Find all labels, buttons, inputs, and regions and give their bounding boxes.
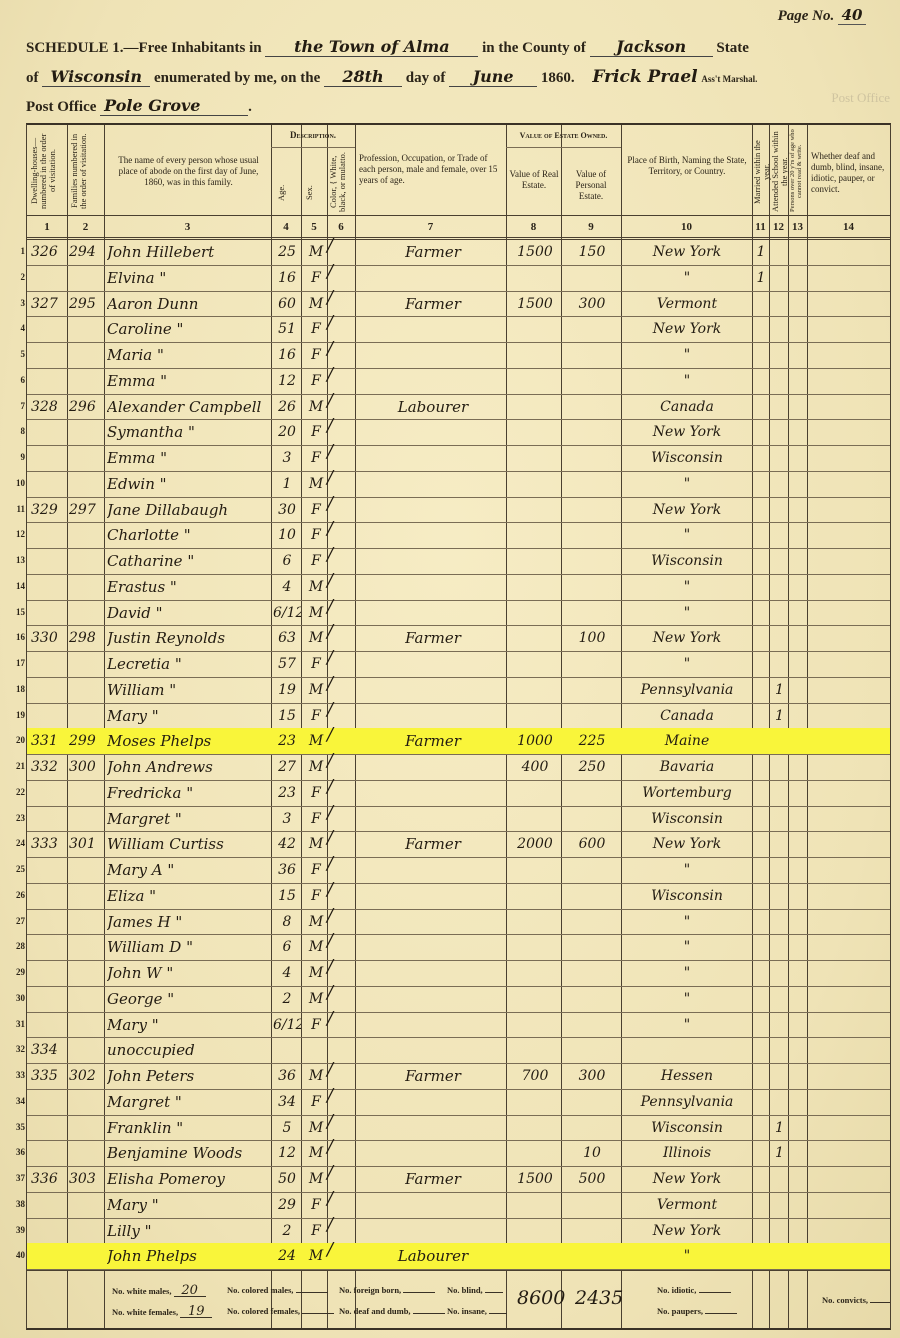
cell-occupation — [359, 602, 507, 624]
cell-occupation — [359, 782, 507, 804]
census-table: Dwelling-houses— numbered in the order o… — [26, 123, 891, 1330]
cell-married — [753, 499, 769, 521]
cell-dwelling: 327 — [31, 293, 65, 315]
cell-age: 16 — [273, 344, 301, 366]
cell-age: 36 — [273, 1065, 301, 1087]
cell-married — [753, 473, 769, 495]
cell-personal — [563, 1245, 621, 1267]
line-number: 23 — [3, 813, 25, 823]
cell-real — [509, 396, 561, 418]
cell-family — [69, 447, 103, 469]
cell-dwelling — [31, 885, 65, 907]
tally-mark-icon: / — [327, 673, 333, 694]
cell-school — [771, 293, 788, 315]
month-field: June — [449, 67, 537, 87]
enumeration-line: of Wisconsin enumerated by me, on the 28… — [26, 67, 757, 87]
cell-age: 63 — [273, 627, 301, 649]
cell-real — [509, 705, 561, 727]
line-number: 24 — [3, 838, 25, 848]
cell-family — [69, 1039, 103, 1061]
cell-name: Emma " — [107, 370, 272, 392]
cell-real — [509, 499, 561, 521]
cell-name: Catharine " — [107, 550, 272, 572]
cell-family — [69, 1091, 103, 1113]
cell-family: 298 — [69, 627, 103, 649]
cell-school — [771, 576, 788, 598]
cell-sex: F — [304, 859, 328, 881]
cell-school — [771, 550, 788, 572]
cell-school — [771, 833, 788, 855]
cell-married — [753, 1117, 769, 1139]
column-number: 6 — [327, 217, 355, 237]
cell-occupation — [359, 1039, 507, 1061]
cell-dwelling — [31, 962, 65, 984]
cell-age: 50 — [273, 1168, 301, 1190]
cell-birthplace: New York — [623, 499, 751, 521]
cell-dwelling — [31, 859, 65, 881]
cell-sex: F — [304, 808, 328, 830]
cell-married — [753, 318, 769, 340]
cell-occupation — [359, 1091, 507, 1113]
cell-personal — [563, 808, 621, 830]
cell-occupation — [359, 885, 507, 907]
cell-age: 6/12 — [273, 602, 301, 624]
footer-colored-females: No. colored females, — [227, 1306, 334, 1316]
cell-name: John Andrews — [107, 756, 272, 778]
cell-name: Mary " — [107, 705, 272, 727]
line-number: 16 — [3, 632, 25, 642]
cell-age: 2 — [273, 988, 301, 1010]
year: 1860. — [541, 70, 575, 86]
line-number: 11 — [3, 504, 25, 514]
cell-real — [509, 885, 561, 907]
schedule-title: SCHEDULE 1.—Free Inhabitants in — [26, 40, 262, 56]
tally-mark-icon: / — [327, 879, 333, 900]
cell-married: 1 — [753, 241, 769, 263]
cell-personal: 100 — [563, 627, 621, 649]
census-row: 36Benjamine Woods12M10Illinois1/ — [27, 1140, 890, 1166]
cell-family: 296 — [69, 396, 103, 418]
cell-school — [771, 859, 788, 881]
cell-real — [509, 1220, 561, 1242]
cell-birthplace: " — [623, 988, 751, 1010]
census-row: 21332300John Andrews27M400250Bavaria/ — [27, 754, 890, 780]
cell-school — [771, 1091, 788, 1113]
cell-real — [509, 1245, 561, 1267]
cell-married — [753, 447, 769, 469]
cell-sex: F — [304, 318, 328, 340]
cell-name: William D " — [107, 936, 272, 958]
cell-school — [771, 1014, 788, 1036]
state-label: State — [716, 40, 749, 56]
cell-name: John W " — [107, 962, 272, 984]
header-personal-estate: Value of Personal Estate. — [563, 169, 619, 202]
schedule-title-line: SCHEDULE 1.—Free Inhabitants in the Town… — [26, 37, 749, 57]
cell-birthplace: " — [623, 524, 751, 546]
census-row: 13Catharine "6FWisconsin/ — [27, 548, 890, 574]
cell-real — [509, 679, 561, 701]
cell-married: 1 — [753, 267, 769, 289]
cell-dwelling: 330 — [31, 627, 65, 649]
cell-sex: M — [304, 396, 328, 418]
cell-personal — [563, 473, 621, 495]
cell-real — [509, 782, 561, 804]
cell-name: Moses Phelps — [107, 730, 272, 752]
cell-real — [509, 859, 561, 881]
column-number: 2 — [67, 217, 104, 237]
cell-age: 26 — [273, 396, 301, 418]
cell-occupation — [359, 859, 507, 881]
column-number: 5 — [301, 217, 327, 237]
cell-school — [771, 1065, 788, 1087]
cell-dwelling — [31, 602, 65, 624]
cell-real — [509, 1039, 561, 1061]
cell-married — [753, 653, 769, 675]
cell-school — [771, 421, 788, 443]
cell-occupation — [359, 653, 507, 675]
cell-age: 34 — [273, 1091, 301, 1113]
cell-name: John Hillebert — [107, 241, 272, 263]
cell-dwelling: 332 — [31, 756, 65, 778]
cell-name: unoccupied — [107, 1039, 272, 1061]
cell-name: John Peters — [107, 1065, 272, 1087]
line-number: 31 — [3, 1019, 25, 1029]
cell-school — [771, 1245, 788, 1267]
cell-personal: 10 — [563, 1142, 621, 1164]
cell-occupation — [359, 936, 507, 958]
cell-name: Charlotte " — [107, 524, 272, 546]
line-number: 5 — [3, 349, 25, 359]
line-number: 33 — [3, 1070, 25, 1080]
cell-family — [69, 267, 103, 289]
cell-birthplace: Pennsylvania — [623, 679, 751, 701]
line-number: 15 — [3, 607, 25, 617]
cell-school — [771, 396, 788, 418]
cell-age: 57 — [273, 653, 301, 675]
cell-sex: M — [304, 473, 328, 495]
state-field: Wisconsin — [42, 67, 150, 87]
cell-name: Fredricka " — [107, 782, 272, 804]
cell-married — [753, 1142, 769, 1164]
cell-birthplace: New York — [623, 241, 751, 263]
cell-family — [69, 782, 103, 804]
cell-sex: F — [304, 524, 328, 546]
cell-age: 12 — [273, 370, 301, 392]
cell-family — [69, 962, 103, 984]
tally-mark-icon: / — [327, 776, 333, 797]
cell-sex: F — [304, 499, 328, 521]
cell-occupation: Farmer — [359, 293, 507, 315]
cell-personal — [563, 499, 621, 521]
tally-mark-icon: / — [327, 982, 333, 1003]
cell-age: 16 — [273, 267, 301, 289]
cell-personal: 300 — [563, 1065, 621, 1087]
cell-family — [69, 576, 103, 598]
cell-occupation: Farmer — [359, 241, 507, 263]
cell-personal — [563, 1220, 621, 1242]
cell-birthplace: Hessen — [623, 1065, 751, 1087]
cell-dwelling: 336 — [31, 1168, 65, 1190]
cell-occupation — [359, 988, 507, 1010]
cell-personal — [563, 936, 621, 958]
cell-school: 1 — [771, 679, 788, 701]
tally-mark-icon: / — [327, 518, 333, 539]
cell-age: 4 — [273, 962, 301, 984]
cell-birthplace: " — [623, 936, 751, 958]
cell-personal — [563, 859, 621, 881]
cell-age: 51 — [273, 318, 301, 340]
cell-birthplace: " — [623, 1014, 751, 1036]
census-row: 32334unoccupied — [27, 1037, 890, 1063]
cell-name: Mary A " — [107, 859, 272, 881]
cell-sex: M — [304, 1142, 328, 1164]
cell-married — [753, 576, 769, 598]
cell-dwelling — [31, 782, 65, 804]
line-number: 30 — [3, 993, 25, 1003]
tally-mark-icon: / — [327, 390, 333, 411]
cell-married — [753, 1014, 769, 1036]
cell-age: 2 — [273, 1220, 301, 1242]
cell-name: Symantha " — [107, 421, 272, 443]
census-row: 25Mary A "36F"/ — [27, 857, 890, 883]
cell-school — [771, 473, 788, 495]
cell-married — [753, 1168, 769, 1190]
line-number: 19 — [3, 710, 25, 720]
cell-personal: 250 — [563, 756, 621, 778]
cell-married — [753, 833, 769, 855]
cell-family: 295 — [69, 293, 103, 315]
cell-family — [69, 1014, 103, 1036]
cell-dwelling — [31, 1220, 65, 1242]
cell-personal — [563, 679, 621, 701]
line-number: 6 — [3, 375, 25, 385]
footer-blind: No. blind, — [447, 1285, 503, 1295]
cell-dwelling: 335 — [31, 1065, 65, 1087]
cell-real — [509, 988, 561, 1010]
cell-personal — [563, 653, 621, 675]
census-row: 5Maria "16F"/ — [27, 342, 890, 368]
real-estate-total: 8600 — [517, 1287, 565, 1309]
census-row: 23Margret "3FWisconsin/ — [27, 806, 890, 832]
tally-mark-icon: / — [327, 930, 333, 951]
cell-sex: M — [304, 962, 328, 984]
post-office-label: Post Office — [26, 99, 96, 115]
tally-mark-icon: / — [327, 802, 333, 823]
cell-sex: M — [304, 833, 328, 855]
cell-personal — [563, 447, 621, 469]
cell-real — [509, 421, 561, 443]
cell-school — [771, 962, 788, 984]
tally-mark-icon: / — [327, 1085, 333, 1106]
cell-personal: 300 — [563, 293, 621, 315]
cell-birthplace: " — [623, 370, 751, 392]
cell-occupation — [359, 318, 507, 340]
cell-dwelling — [31, 1117, 65, 1139]
cell-occupation — [359, 267, 507, 289]
column-number: 12 — [769, 217, 788, 237]
cell-age: 4 — [273, 576, 301, 598]
census-row: 39Lilly "2FNew York/ — [27, 1218, 890, 1244]
header-condition: Whether deaf and dumb, blind, insane, id… — [811, 151, 887, 195]
line-number: 32 — [3, 1044, 25, 1054]
cell-birthplace: Vermont — [623, 1194, 751, 1216]
cell-married — [753, 756, 769, 778]
census-row: 28William D "6M"/ — [27, 934, 890, 960]
cell-family — [69, 936, 103, 958]
footer-idiotic: No. idiotic, — [657, 1285, 731, 1295]
cell-sex: F — [304, 421, 328, 443]
cell-name: William " — [107, 679, 272, 701]
cell-name: Lecretia " — [107, 653, 272, 675]
cell-sex: M — [304, 1168, 328, 1190]
cell-age: 3 — [273, 808, 301, 830]
tally-mark-icon: / — [327, 544, 333, 565]
cell-occupation — [359, 421, 507, 443]
cell-birthplace: Canada — [623, 396, 751, 418]
cell-birthplace: Wisconsin — [623, 447, 751, 469]
cell-sex: M — [304, 602, 328, 624]
census-row: 15David "6/12M"/ — [27, 600, 890, 626]
column-number: 7 — [355, 217, 506, 237]
cell-name: Franklin " — [107, 1117, 272, 1139]
line-number: 13 — [3, 555, 25, 565]
tally-mark-icon: / — [327, 312, 333, 333]
cell-school — [771, 1194, 788, 1216]
cell-dwelling — [31, 1014, 65, 1036]
cell-personal — [563, 396, 621, 418]
cell-age: 6 — [273, 936, 301, 958]
cell-family — [69, 318, 103, 340]
tally-mark-icon: / — [327, 853, 333, 874]
county-label: in the County of — [482, 40, 586, 56]
cell-dwelling — [31, 550, 65, 572]
cell-personal — [563, 576, 621, 598]
cell-occupation — [359, 911, 507, 933]
day-label: day of — [406, 70, 446, 86]
cell-real — [509, 370, 561, 392]
cell-sex: F — [304, 885, 328, 907]
cell-name: Elisha Pomeroy — [107, 1168, 272, 1190]
cell-school — [771, 524, 788, 546]
cell-married — [753, 602, 769, 624]
census-row: 1326294John Hillebert25MFarmer1500150New… — [27, 239, 890, 265]
header-color: Color, { White, black, or mulatto. — [329, 151, 353, 213]
column-number: 9 — [561, 217, 621, 237]
census-row: 20331299Moses Phelps23MFarmer1000225Main… — [27, 728, 890, 754]
cell-real — [509, 936, 561, 958]
cell-dwelling — [31, 988, 65, 1010]
cell-age: 20 — [273, 421, 301, 443]
tally-mark-icon: / — [327, 905, 333, 926]
cell-age: 1 — [273, 473, 301, 495]
header-sex: Sex. — [305, 175, 325, 211]
cell-birthplace: New York — [623, 318, 751, 340]
line-number: 3 — [3, 298, 25, 308]
cell-dwelling: 334 — [31, 1039, 65, 1061]
line-number: 35 — [3, 1122, 25, 1132]
cell-family — [69, 653, 103, 675]
tally-mark-icon: / — [327, 570, 333, 591]
cell-personal — [563, 267, 621, 289]
header-family: Families numbered in the order of visita… — [70, 131, 102, 211]
cell-school: 1 — [771, 1117, 788, 1139]
cell-sex: F — [304, 1194, 328, 1216]
cell-real: 700 — [509, 1065, 561, 1087]
cell-occupation — [359, 576, 507, 598]
line-number: 34 — [3, 1096, 25, 1106]
cell-personal — [563, 344, 621, 366]
cell-personal — [563, 988, 621, 1010]
cell-family — [69, 524, 103, 546]
cell-real: 2000 — [509, 833, 561, 855]
line-number: 2 — [3, 272, 25, 282]
cell-personal — [563, 524, 621, 546]
cell-married — [753, 705, 769, 727]
tally-mark-icon: / — [327, 364, 333, 385]
cell-birthplace: " — [623, 962, 751, 984]
cell-married — [753, 1245, 769, 1267]
cell-sex: F — [304, 447, 328, 469]
cell-married — [753, 988, 769, 1010]
cell-birthplace: " — [623, 576, 751, 598]
cell-occupation — [359, 473, 507, 495]
cell-personal — [563, 370, 621, 392]
cell-age: 15 — [273, 705, 301, 727]
cell-sex: M — [304, 1065, 328, 1087]
column-number: 1 — [27, 217, 67, 237]
cell-sex: M — [304, 936, 328, 958]
cell-real — [509, 473, 561, 495]
footer-convicts: No. convicts, — [822, 1295, 890, 1305]
cell-birthplace: Wisconsin — [623, 1117, 751, 1139]
cell-occupation — [359, 370, 507, 392]
cell-birthplace: New York — [623, 1168, 751, 1190]
line-number: 39 — [3, 1225, 25, 1235]
tally-mark-icon: / — [327, 750, 333, 771]
census-row: 10Edwin "1M"/ — [27, 471, 890, 497]
census-row: 37336303Elisha Pomeroy50MFarmer1500500Ne… — [27, 1166, 890, 1192]
cell-personal — [563, 1117, 621, 1139]
cell-school — [771, 988, 788, 1010]
cell-dwelling — [31, 473, 65, 495]
line-number: 7 — [3, 401, 25, 411]
cell-school — [771, 808, 788, 830]
cell-birthplace: New York — [623, 627, 751, 649]
cell-family: 302 — [69, 1065, 103, 1087]
cell-occupation — [359, 679, 507, 701]
cell-married — [753, 370, 769, 392]
cell-occupation — [359, 1014, 507, 1036]
header-married: Married within the year. — [753, 131, 768, 213]
cell-sex: M — [304, 627, 328, 649]
cell-family — [69, 705, 103, 727]
cell-name: Benjamine Woods — [107, 1142, 272, 1164]
cell-married — [753, 808, 769, 830]
line-number: 37 — [3, 1173, 25, 1183]
tally-mark-icon: / — [327, 1008, 333, 1029]
county-field: Jackson — [590, 37, 713, 57]
cell-age: 6/12 — [273, 1014, 301, 1036]
marshal-signature: Frick Prael — [592, 67, 697, 87]
place-field: the Town of Alma — [265, 37, 478, 57]
cell-personal — [563, 550, 621, 572]
cell-real — [509, 1014, 561, 1036]
cell-school — [771, 370, 788, 392]
cell-birthplace: New York — [623, 833, 751, 855]
cell-birthplace: " — [623, 473, 751, 495]
cell-birthplace: " — [623, 859, 751, 881]
post-office-line: Post Office Pole Grove. — [26, 96, 252, 116]
